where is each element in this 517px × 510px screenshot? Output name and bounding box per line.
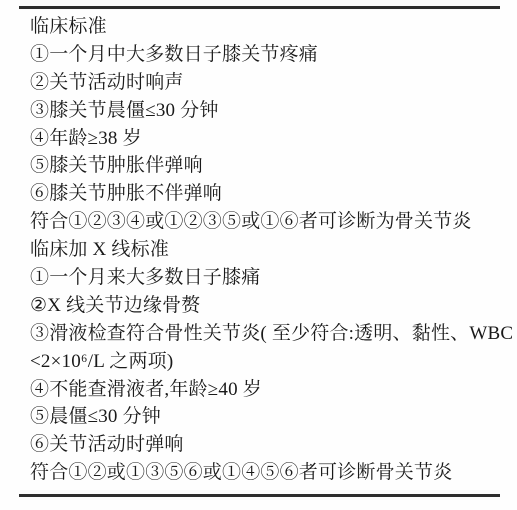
criteria-line-wrap: <2×10⁶/L 之两项) [30, 348, 508, 376]
diagnosis-conclusion-clinical: 符合①②③④或①②③⑤或①⑥者可诊断为骨关节炎 [30, 208, 508, 236]
criteria-line: ④年龄≥38 岁 [30, 125, 508, 153]
section-heading-clinical-xray: 临床加 X 线标准 [30, 236, 508, 264]
diagnosis-conclusion-clinical-xray: 符合①②或①③⑤⑥或①④⑤⑥者可诊断骨关节炎 [30, 459, 508, 487]
criteria-table: 临床标准 ①一个月中大多数日子膝关节疼痛 ②关节活动时响声 ③膝关节晨僵≤30 … [30, 13, 508, 487]
criteria-line: ⑥膝关节肿胀不伴弹响 [30, 180, 508, 208]
criteria-line: ④不能查滑液者,年龄≥40 岁 [30, 376, 508, 404]
criteria-line: ⑤晨僵≤30 分钟 [30, 403, 508, 431]
criteria-line: ①一个月来大多数日子膝痛 [30, 264, 508, 292]
criteria-line: ①一个月中大多数日子膝关节疼痛 [30, 41, 508, 69]
criteria-line: ③膝关节晨僵≤30 分钟 [30, 97, 508, 125]
scanned-table-page: 临床标准 ①一个月中大多数日子膝关节疼痛 ②关节活动时响声 ③膝关节晨僵≤30 … [0, 0, 517, 510]
section-heading-clinical: 临床标准 [30, 13, 508, 41]
criteria-line: ③滑液检查符合骨性关节炎( 至少符合:透明、黏性、WBC [30, 320, 508, 348]
criteria-line: ⑤膝关节肿胀伴弹响 [30, 152, 508, 180]
table-top-rule [19, 6, 500, 9]
criteria-line: ②关节活动时响声 [30, 69, 508, 97]
table-bottom-rule [19, 494, 500, 497]
criteria-line: ②X 线关节边缘骨赘 [30, 292, 508, 320]
criteria-line: ⑥关节活动时弹响 [30, 431, 508, 459]
